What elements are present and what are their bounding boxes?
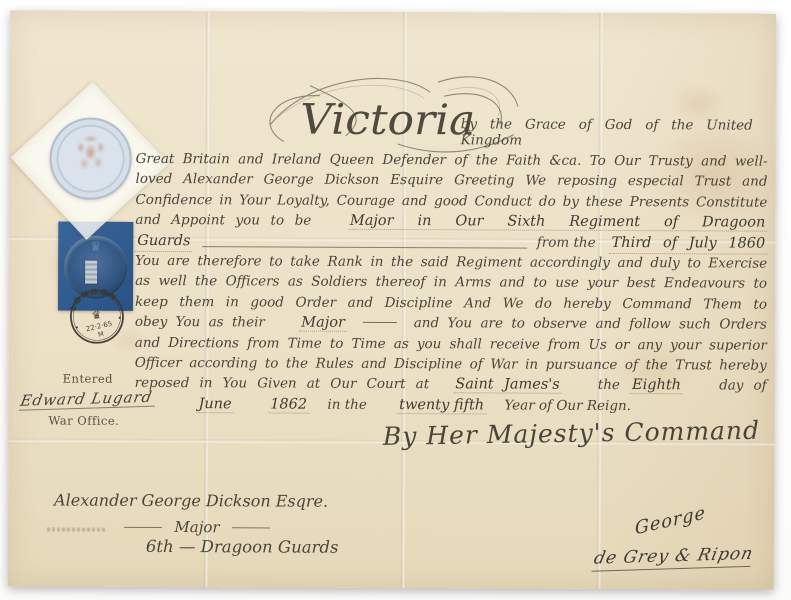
filled-in-month: June — [197, 396, 234, 413]
manuscript-line: reposed in You Given at Our Court at Sai… — [135, 373, 767, 396]
manuscript-line: obey You as their Major and You are to o… — [135, 312, 767, 335]
printer-plate-mark — [47, 527, 105, 531]
manuscript-line: loved Alexander George Dickson Esquire G… — [135, 169, 767, 192]
recipient-rank: Major — [174, 518, 219, 536]
filled-in-date: Third of July 1860 — [610, 233, 768, 255]
london-postmark-stamp: LONDON ♛ 22·2·65 M — [63, 283, 130, 350]
commission-document: ♛ LONDON ♛ 22·2·65 M — [8, 10, 777, 589]
recipient-rank-row: Major — [112, 518, 282, 537]
filled-in-rank-and-regiment: Major in Our Sixth Regiment of Dragoon — [348, 213, 768, 232]
filled-in-guards: Guards — [135, 230, 192, 252]
pen-dash — [124, 526, 162, 527]
secretary-of-state-signature: de Grey & Ripon — [591, 544, 755, 572]
filled-in-court: Saint James's — [453, 377, 562, 394]
manuscript-line: You are therefore to take Rank in the sa… — [135, 251, 767, 274]
manuscript-line: keep them in good Order and Discipline A… — [135, 292, 767, 315]
pen-dash — [363, 322, 397, 323]
manuscript-line: Great Britain and Ireland Queen Defender… — [136, 149, 768, 172]
royal-embossed-seal — [49, 118, 131, 200]
filled-in-rank: Major — [299, 315, 347, 332]
war-office-label: War Office. — [48, 414, 119, 428]
manuscript-line: Officer according to the Rules and Disci… — [135, 353, 767, 376]
manuscript-line: as well the Officers as Soldiers thereof… — [135, 271, 767, 294]
document-photo: ♛ LONDON ♛ 22·2·65 M — [0, 0, 791, 600]
pen-dash — [232, 527, 270, 528]
recipient-regiment: 6th — Dragoon Guards — [146, 537, 339, 557]
royal-arms-print — [59, 128, 121, 190]
filled-in-year: 1862 — [268, 396, 309, 413]
commission-body-text: Great Britain and Ireland Queen Defender… — [135, 149, 768, 417]
manuscript-line: Guards from the Third of July 1860 — [135, 230, 767, 253]
manuscript-line: Confidence in Your Loyalty, Courage and … — [135, 190, 767, 213]
postmark-crown-icon: ♛ — [90, 308, 103, 323]
blank-rule — [202, 246, 526, 248]
silver-security-chip — [85, 261, 97, 284]
victoria-title: Victoria — [300, 95, 475, 145]
recipient-name: Alexander George Dickson Esqre. — [54, 491, 328, 511]
filled-in-day: Eighth — [630, 377, 683, 394]
postmark-code: M — [97, 330, 104, 339]
royal-signature: George — [634, 502, 706, 539]
filled-in-regnal-year: twenty fifth — [397, 397, 486, 414]
crown-icon: ♛ — [64, 240, 127, 255]
entered-label: Entered — [63, 372, 113, 386]
grace-of-god-line: by the Grace of God of the United Kingdo… — [461, 116, 753, 149]
manuscript-line: June 1862 in the twenty fifth Year of Ou… — [135, 394, 767, 417]
manuscript-line: and Appoint you to be Major in Our Sixth… — [135, 210, 767, 233]
manuscript-line: and Directions from Time to Time as you … — [135, 332, 767, 355]
